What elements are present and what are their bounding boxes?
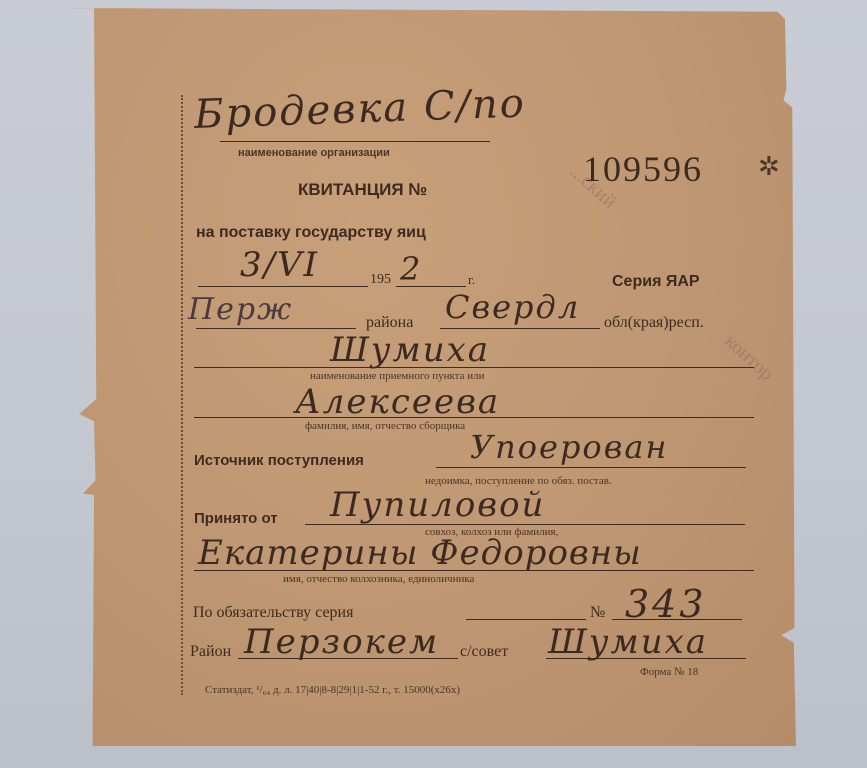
district-handwritten: Перж [188, 292, 293, 327]
district-underline [196, 328, 356, 329]
region-underline [238, 658, 458, 659]
ornament-icon: ✲ [758, 152, 780, 182]
date-handwritten: 3/VI [240, 245, 319, 285]
receipt-title: КВИТАНЦИЯ № [298, 180, 427, 200]
collective-farmer-name-handwritten: Екатерины Федоровны [198, 533, 642, 573]
collective-farmer-caption: имя, отчество колхозника, единоличника [283, 573, 474, 585]
region-handwritten: Перзокем [244, 622, 439, 662]
source-label: Источник поступления [194, 452, 364, 469]
receiving-point-caption: наименование приемного пункта или [310, 370, 485, 382]
obligation-number-label: № [590, 604, 605, 622]
receiving-point-underline [194, 367, 754, 368]
source-handwritten: Упоерован [470, 428, 668, 466]
oblast-label: обл(края)респ. [604, 314, 704, 332]
perforation-line [181, 95, 183, 695]
council-handwritten: Шумиха [548, 622, 708, 662]
series-label: Серия ЯАР [612, 273, 700, 291]
collector-caption: фамилия, имя, отчество сборщика [305, 420, 465, 432]
collector-handwritten: Алексеева [295, 382, 500, 422]
organization-caption: наименование организации [238, 147, 390, 159]
council-label: с/совет [460, 643, 508, 661]
year-handwritten: 2 [400, 250, 422, 288]
region-label: Район [190, 643, 231, 661]
obligation-number-handwritten: 343 [625, 582, 707, 626]
received-from-label: Принято от [194, 510, 278, 527]
oblast-handwritten: Свердл [445, 288, 580, 326]
imprint-line: Статиздат, ¹/₆₄ д. л. 17|40|8-8|29|1|1-5… [205, 684, 460, 696]
year-underline [396, 286, 466, 287]
date-underline [198, 286, 368, 287]
collector-underline [194, 417, 754, 418]
oblast-underline [440, 328, 600, 329]
form-number: Форма № 18 [640, 666, 698, 678]
source-underline [436, 467, 746, 468]
received-from-handwritten: Пупиловой [330, 485, 545, 525]
receiving-point-handwritten: Шумиха [330, 330, 490, 370]
obligation-series-underline [466, 619, 586, 620]
year-prefix: 195 [370, 272, 391, 288]
council-underline [546, 658, 746, 659]
serial-number: 109596 [583, 148, 703, 190]
receipt-subtitle: на поставку государству яиц [196, 224, 426, 242]
obligation-label: По обязательству серия [193, 604, 353, 622]
year-suffix: г. [468, 272, 475, 288]
organization-underline [220, 141, 490, 142]
collective-farmer-underline [194, 570, 754, 571]
